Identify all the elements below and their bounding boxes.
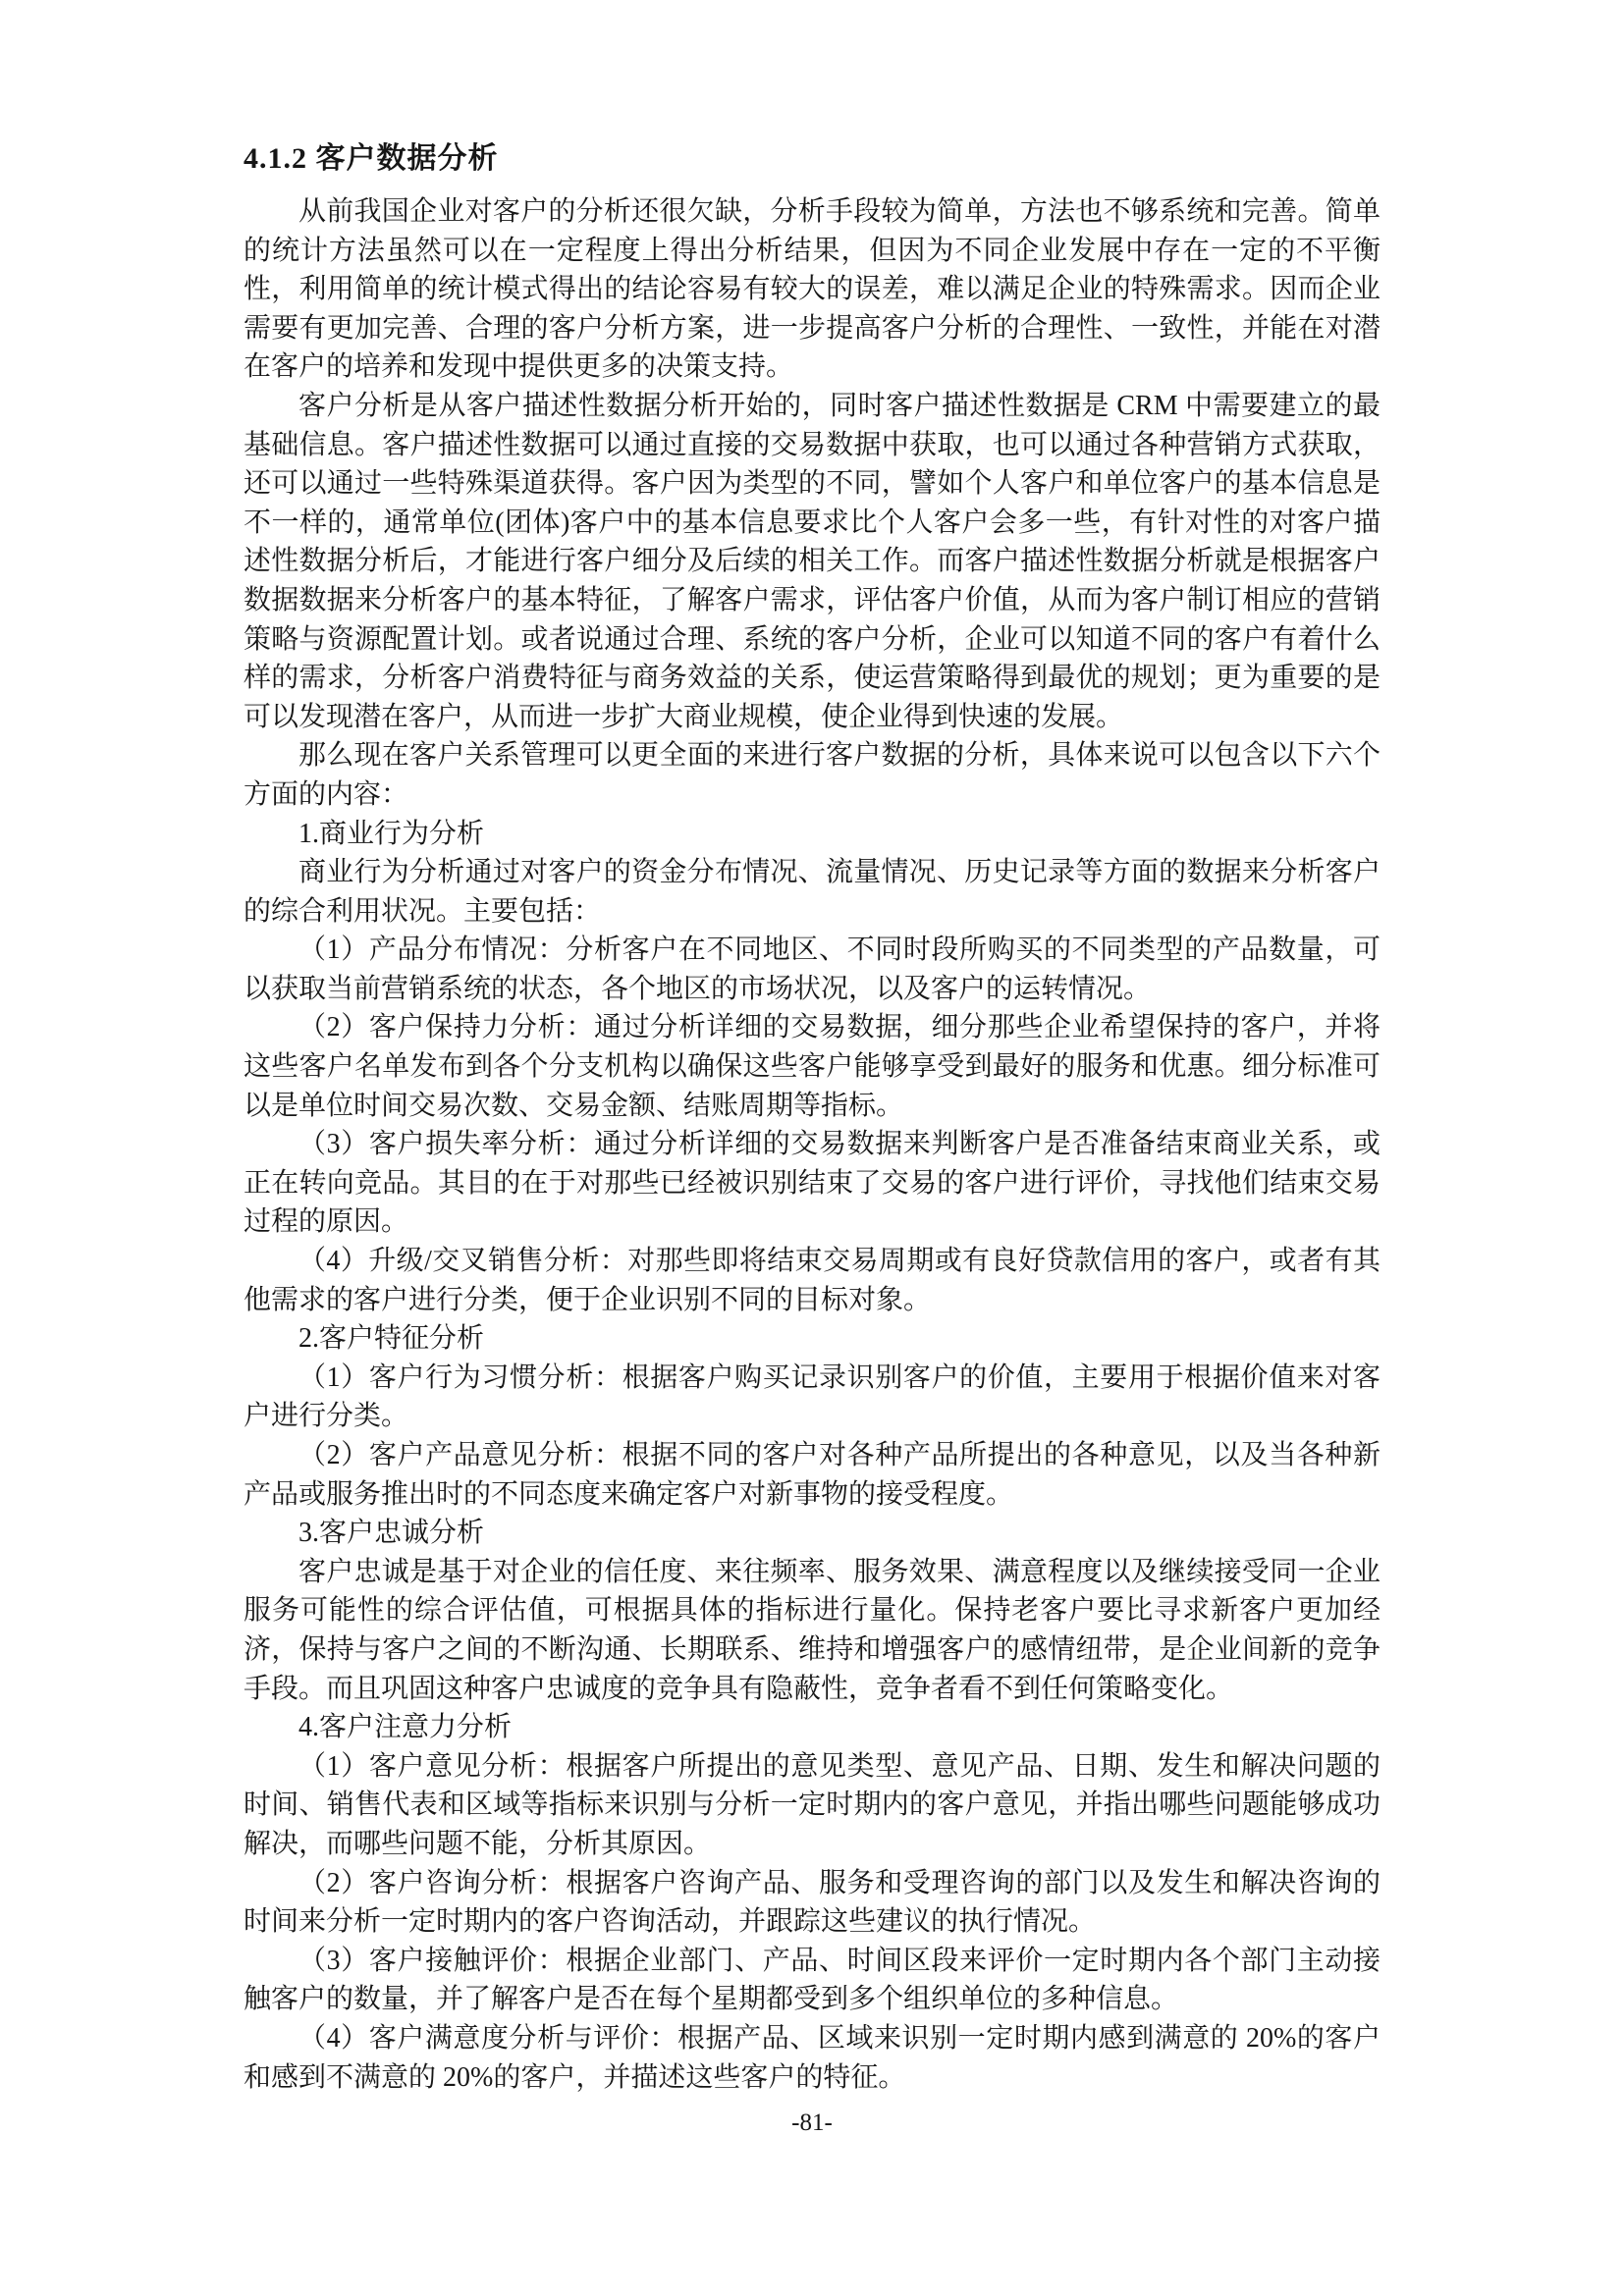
paragraph: 商业行为分析通过对客户的资金分布情况、流量情况、历史记录等方面的数据来分析客户的…	[244, 853, 1380, 931]
list-item: （1）客户行为习惯分析：根据客户购买记录识别客户的价值，主要用于根据价值来对客户…	[244, 1359, 1380, 1436]
list-item: （4）客户满意度分析与评价：根据产品、区域来识别一定时期内感到满意的 20%的客…	[244, 2019, 1380, 2097]
section-title: 4.1.2 客户数据分析	[244, 140, 1380, 177]
list-item: （4）升级/交叉销售分析：对那些即将结束交易周期或有良好贷款信用的客户，或者有其…	[244, 1242, 1380, 1319]
paragraph: 客户忠诚是基于对企业的信任度、来往频率、服务效果、满意程度以及继续接受同一企业服…	[244, 1553, 1380, 1708]
list-item: （2）客户保持力分析：通过分析详细的交易数据，细分那些企业希望保持的客户，并将这…	[244, 1008, 1380, 1125]
document-page: 4.1.2 客户数据分析 从前我国企业对客户的分析还很欠缺，分析手段较为简单，方…	[0, 0, 1624, 2296]
list-item: （3）客户损失率分析：通过分析详细的交易数据来判断客户是否准备结束商业关系，或正…	[244, 1125, 1380, 1242]
paragraph: 客户分析是从客户描述性数据分析开始的，同时客户描述性数据是 CRM 中需要建立的…	[244, 387, 1380, 736]
numbered-heading: 4.客户注意力分析	[244, 1708, 1380, 1747]
paragraph: 那么现在客户关系管理可以更全面的来进行客户数据的分析，具体来说可以包含以下六个方…	[244, 736, 1380, 814]
list-item: （1）客户意见分析：根据客户所提出的意见类型、意见产品、日期、发生和解决问题的时…	[244, 1747, 1380, 1864]
page-number: -81-	[244, 2109, 1380, 2138]
document-body: 从前我国企业对客户的分析还很欠缺，分析手段较为简单，方法也不够系统和完善。简单的…	[244, 192, 1380, 2097]
list-item: （2）客户产品意见分析：根据不同的客户对各种产品所提出的各种意见，以及当各种新产…	[244, 1436, 1380, 1514]
list-item: （2）客户咨询分析：根据客户咨询产品、服务和受理咨询的部门以及发生和解决咨询的时…	[244, 1864, 1380, 1942]
numbered-heading: 2.客户特征分析	[244, 1319, 1380, 1359]
numbered-heading: 1.商业行为分析	[244, 815, 1380, 854]
paragraph: 从前我国企业对客户的分析还很欠缺，分析手段较为简单，方法也不够系统和完善。简单的…	[244, 192, 1380, 387]
numbered-heading: 3.客户忠诚分析	[244, 1514, 1380, 1553]
list-item: （1）产品分布情况：分析客户在不同地区、不同时段所购买的不同类型的产品数量，可以…	[244, 931, 1380, 1008]
list-item: （3）客户接触评价：根据企业部门、产品、时间区段来评价一定时期内各个部门主动接触…	[244, 1942, 1380, 2019]
document-content: 4.1.2 客户数据分析 从前我国企业对客户的分析还很欠缺，分析手段较为简单，方…	[244, 140, 1380, 2138]
